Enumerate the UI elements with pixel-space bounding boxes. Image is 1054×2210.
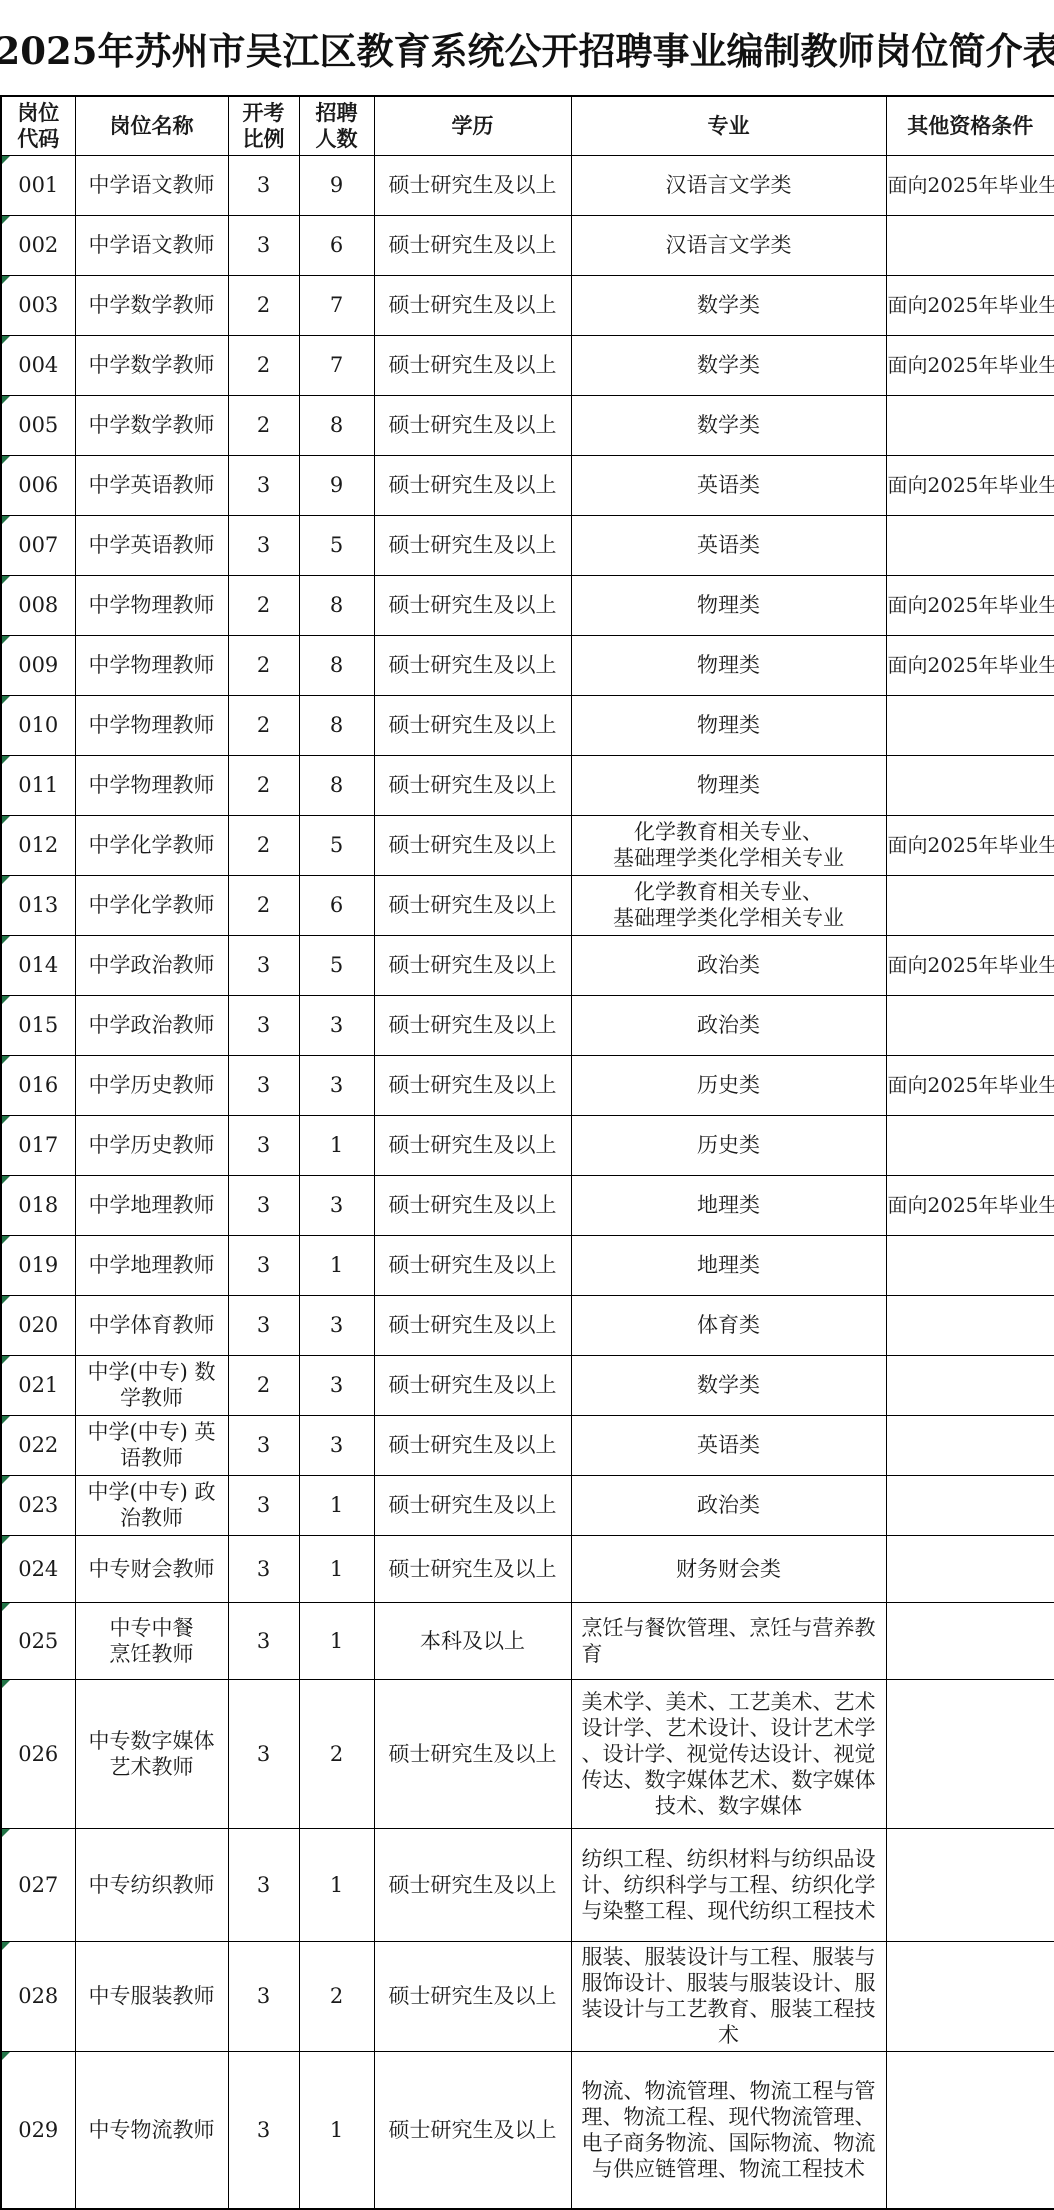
cell-corner-flag-icon xyxy=(2,456,10,464)
cell-corner-flag-icon xyxy=(2,1296,10,1304)
cell-code-text: 005 xyxy=(18,413,58,437)
cell-code: 003 xyxy=(1,275,75,335)
cell-code: 005 xyxy=(1,395,75,455)
cell-code: 002 xyxy=(1,215,75,275)
cell-ratio: 2 xyxy=(228,635,299,695)
cell-code-text: 012 xyxy=(18,833,58,857)
cell-name: 中学地理教师 xyxy=(75,1235,228,1295)
cell-count: 8 xyxy=(299,635,374,695)
cell-ratio: 3 xyxy=(228,995,299,1055)
cell-ratio: 3 xyxy=(228,1175,299,1235)
cell-count: 7 xyxy=(299,275,374,335)
cell-other: 面向2025年毕业生 xyxy=(886,815,1054,875)
cell-other xyxy=(886,1355,1054,1415)
cell-corner-flag-icon xyxy=(2,1056,10,1064)
cell-code: 019 xyxy=(1,1235,75,1295)
cell-major: 物流、物流管理、物流工程与管理、物流工程、现代物流管理、电子商务物流、国际物流、… xyxy=(571,2051,886,2209)
cell-corner-flag-icon xyxy=(2,996,10,1004)
cell-degree: 硕士研究生及以上 xyxy=(374,995,571,1055)
job-table: 岗位代码岗位名称开考比例招聘人数学历专业其他资格条件 001中学语文教师39硕士… xyxy=(0,95,1054,2210)
cell-major: 财务财会类 xyxy=(571,1535,886,1602)
cell-code-text: 006 xyxy=(18,473,58,497)
column-header-count: 招聘人数 xyxy=(299,96,374,155)
cell-code-text: 023 xyxy=(18,1493,58,1517)
cell-corner-flag-icon xyxy=(2,1942,10,1950)
cell-major: 政治类 xyxy=(571,995,886,1055)
cell-degree: 本科及以上 xyxy=(374,1602,571,1679)
cell-ratio: 3 xyxy=(228,515,299,575)
cell-count: 1 xyxy=(299,2051,374,2209)
cell-code: 004 xyxy=(1,335,75,395)
cell-ratio: 2 xyxy=(228,395,299,455)
cell-degree: 硕士研究生及以上 xyxy=(374,1295,571,1355)
cell-major: 汉语言文学类 xyxy=(571,155,886,215)
cell-code-text: 029 xyxy=(18,2118,58,2142)
cell-count: 2 xyxy=(299,1941,374,2051)
table-row: 022中学(中专) 英语教师33硕士研究生及以上英语类 xyxy=(1,1415,1054,1475)
cell-name: 中学地理教师 xyxy=(75,1175,228,1235)
cell-code-text: 021 xyxy=(18,1373,58,1397)
cell-name: 中学物理教师 xyxy=(75,575,228,635)
cell-major: 历史类 xyxy=(571,1055,886,1115)
cell-major: 英语类 xyxy=(571,455,886,515)
cell-code-text: 001 xyxy=(18,173,58,197)
cell-name: 中专数字媒体 艺术教师 xyxy=(75,1679,228,1828)
table-row: 014中学政治教师35硕士研究生及以上政治类面向2025年毕业生 xyxy=(1,935,1054,995)
table-row: 021中学(中专) 数学教师23硕士研究生及以上数学类 xyxy=(1,1355,1054,1415)
cell-count: 9 xyxy=(299,455,374,515)
cell-count: 6 xyxy=(299,875,374,935)
cell-other: 面向2025年毕业生 xyxy=(886,275,1054,335)
cell-ratio: 2 xyxy=(228,575,299,635)
cell-major: 烹饪与餐饮管理、烹饪与营养教育 xyxy=(571,1602,886,1679)
cell-corner-flag-icon xyxy=(2,1176,10,1184)
cell-other xyxy=(886,395,1054,455)
cell-code: 014 xyxy=(1,935,75,995)
cell-name: 中学数学教师 xyxy=(75,335,228,395)
cell-code: 027 xyxy=(1,1828,75,1941)
cell-count: 3 xyxy=(299,1355,374,1415)
cell-code: 013 xyxy=(1,875,75,935)
cell-code: 026 xyxy=(1,1679,75,1828)
cell-degree: 硕士研究生及以上 xyxy=(374,1235,571,1295)
cell-code-text: 026 xyxy=(18,1742,58,1766)
table-row: 010中学物理教师28硕士研究生及以上物理类 xyxy=(1,695,1054,755)
table-row: 012中学化学教师25硕士研究生及以上化学教育相关专业、 基础理学类化学相关专业… xyxy=(1,815,1054,875)
cell-name: 中学物理教师 xyxy=(75,635,228,695)
cell-degree: 硕士研究生及以上 xyxy=(374,275,571,335)
cell-ratio: 3 xyxy=(228,1602,299,1679)
cell-count: 8 xyxy=(299,395,374,455)
cell-other xyxy=(886,1295,1054,1355)
cell-degree: 硕士研究生及以上 xyxy=(374,635,571,695)
cell-degree: 硕士研究生及以上 xyxy=(374,695,571,755)
table-row: 017中学历史教师31硕士研究生及以上历史类 xyxy=(1,1115,1054,1175)
cell-corner-flag-icon xyxy=(2,816,10,824)
column-header-name: 岗位名称 xyxy=(75,96,228,155)
cell-count: 5 xyxy=(299,515,374,575)
cell-degree: 硕士研究生及以上 xyxy=(374,1941,571,2051)
cell-ratio: 3 xyxy=(228,1535,299,1602)
cell-code-text: 015 xyxy=(18,1013,58,1037)
cell-major: 美术学、美术、工艺美术、艺术设计学、艺术设计、设计艺术学、设计学、视觉传达设计、… xyxy=(571,1679,886,1828)
cell-degree: 硕士研究生及以上 xyxy=(374,215,571,275)
cell-major: 服装、服装设计与工程、服装与服饰设计、服装与服装设计、服装设计与工艺教育、服装工… xyxy=(571,1941,886,2051)
cell-ratio: 3 xyxy=(228,455,299,515)
cell-degree: 硕士研究生及以上 xyxy=(374,935,571,995)
cell-corner-flag-icon xyxy=(2,276,10,284)
cell-corner-flag-icon xyxy=(2,1116,10,1124)
cell-ratio: 2 xyxy=(228,755,299,815)
cell-major: 物理类 xyxy=(571,755,886,815)
cell-degree: 硕士研究生及以上 xyxy=(374,2051,571,2209)
table-row: 023中学(中专) 政治教师31硕士研究生及以上政治类 xyxy=(1,1475,1054,1535)
cell-name: 中学(中专) 数学教师 xyxy=(75,1355,228,1415)
cell-other xyxy=(886,2051,1054,2209)
cell-ratio: 3 xyxy=(228,1295,299,1355)
table-head-row: 岗位代码岗位名称开考比例招聘人数学历专业其他资格条件 xyxy=(1,96,1054,155)
cell-code-text: 007 xyxy=(18,533,58,557)
cell-corner-flag-icon xyxy=(2,516,10,524)
cell-corner-flag-icon xyxy=(2,1680,10,1688)
cell-other: 面向2025年毕业生 xyxy=(886,935,1054,995)
cell-name: 中学数学教师 xyxy=(75,395,228,455)
cell-code: 020 xyxy=(1,1295,75,1355)
cell-name: 中学体育教师 xyxy=(75,1295,228,1355)
cell-corner-flag-icon xyxy=(2,696,10,704)
table-row: 011中学物理教师28硕士研究生及以上物理类 xyxy=(1,755,1054,815)
cell-corner-flag-icon xyxy=(2,216,10,224)
cell-name: 中学(中专) 英语教师 xyxy=(75,1415,228,1475)
cell-degree: 硕士研究生及以上 xyxy=(374,815,571,875)
table-row: 025中专中餐 烹饪教师31本科及以上烹饪与餐饮管理、烹饪与营养教育 xyxy=(1,1602,1054,1679)
cell-name: 中学数学教师 xyxy=(75,275,228,335)
cell-code-text: 002 xyxy=(18,233,58,257)
cell-other xyxy=(886,1602,1054,1679)
table-row: 027中专纺织教师31硕士研究生及以上纺织工程、纺织材料与纺织品设计、纺织科学与… xyxy=(1,1828,1054,1941)
cell-corner-flag-icon xyxy=(2,1236,10,1244)
cell-ratio: 3 xyxy=(228,2051,299,2209)
cell-major: 化学教育相关专业、 基础理学类化学相关专业 xyxy=(571,875,886,935)
cell-degree: 硕士研究生及以上 xyxy=(374,1475,571,1535)
cell-other: 面向2025年毕业生 xyxy=(886,1055,1054,1115)
cell-ratio: 3 xyxy=(228,1679,299,1828)
table-row: 013中学化学教师26硕士研究生及以上化学教育相关专业、 基础理学类化学相关专业 xyxy=(1,875,1054,935)
cell-count: 8 xyxy=(299,575,374,635)
cell-code: 007 xyxy=(1,515,75,575)
cell-code-text: 004 xyxy=(18,353,58,377)
cell-ratio: 2 xyxy=(228,275,299,335)
cell-count: 1 xyxy=(299,1115,374,1175)
page: 2025年苏州市吴江区教育系统公开招聘事业编制教师岗位简介表 岗位代码岗位名称开… xyxy=(0,0,1054,2210)
cell-code-text: 025 xyxy=(18,1629,58,1653)
cell-degree: 硕士研究生及以上 xyxy=(374,875,571,935)
cell-major: 汉语言文学类 xyxy=(571,215,886,275)
cell-code-text: 027 xyxy=(18,1873,58,1897)
cell-corner-flag-icon xyxy=(2,1416,10,1424)
cell-code-text: 014 xyxy=(18,953,58,977)
table-row: 008中学物理教师28硕士研究生及以上物理类面向2025年毕业生 xyxy=(1,575,1054,635)
table-row: 020中学体育教师33硕士研究生及以上体育类 xyxy=(1,1295,1054,1355)
cell-corner-flag-icon xyxy=(2,156,10,164)
cell-major: 英语类 xyxy=(571,1415,886,1475)
cell-code: 001 xyxy=(1,155,75,215)
cell-major: 英语类 xyxy=(571,515,886,575)
table-row: 006中学英语教师39硕士研究生及以上英语类面向2025年毕业生 xyxy=(1,455,1054,515)
cell-other xyxy=(886,215,1054,275)
cell-code: 016 xyxy=(1,1055,75,1115)
cell-code: 024 xyxy=(1,1535,75,1602)
cell-corner-flag-icon xyxy=(2,2052,10,2060)
cell-ratio: 2 xyxy=(228,875,299,935)
cell-corner-flag-icon xyxy=(2,1603,10,1611)
cell-name: 中学语文教师 xyxy=(75,155,228,215)
table-row: 028中专服装教师32硕士研究生及以上服装、服装设计与工程、服装与服饰设计、服装… xyxy=(1,1941,1054,2051)
cell-ratio: 2 xyxy=(228,815,299,875)
table-row: 016中学历史教师33硕士研究生及以上历史类面向2025年毕业生 xyxy=(1,1055,1054,1115)
cell-major: 数学类 xyxy=(571,335,886,395)
cell-other xyxy=(886,1475,1054,1535)
cell-degree: 硕士研究生及以上 xyxy=(374,1175,571,1235)
cell-name: 中学历史教师 xyxy=(75,1115,228,1175)
cell-other: 面向2025年毕业生 xyxy=(886,155,1054,215)
cell-major: 数学类 xyxy=(571,1355,886,1415)
cell-name: 中专财会教师 xyxy=(75,1535,228,1602)
cell-other xyxy=(886,755,1054,815)
cell-count: 8 xyxy=(299,755,374,815)
cell-degree: 硕士研究生及以上 xyxy=(374,515,571,575)
cell-count: 3 xyxy=(299,1415,374,1475)
cell-ratio: 3 xyxy=(228,1415,299,1475)
cell-corner-flag-icon xyxy=(2,1356,10,1364)
cell-name: 中学化学教师 xyxy=(75,815,228,875)
cell-code: 010 xyxy=(1,695,75,755)
cell-name: 中学物理教师 xyxy=(75,755,228,815)
column-header-degree: 学历 xyxy=(374,96,571,155)
cell-ratio: 3 xyxy=(228,155,299,215)
cell-other: 面向2025年毕业生 xyxy=(886,1175,1054,1235)
cell-code-text: 016 xyxy=(18,1073,58,1097)
cell-other: 面向2025年毕业生 xyxy=(886,455,1054,515)
cell-other xyxy=(886,1828,1054,1941)
cell-name: 中专中餐 烹饪教师 xyxy=(75,1602,228,1679)
cell-code-text: 003 xyxy=(18,293,58,317)
cell-code: 015 xyxy=(1,995,75,1055)
cell-corner-flag-icon xyxy=(2,1536,10,1544)
cell-other xyxy=(886,1679,1054,1828)
cell-name: 中专物流教师 xyxy=(75,2051,228,2209)
cell-ratio: 2 xyxy=(228,695,299,755)
cell-count: 1 xyxy=(299,1828,374,1941)
cell-count: 5 xyxy=(299,935,374,995)
cell-code-text: 018 xyxy=(18,1193,58,1217)
cell-name: 中学语文教师 xyxy=(75,215,228,275)
cell-count: 7 xyxy=(299,335,374,395)
cell-degree: 硕士研究生及以上 xyxy=(374,395,571,455)
cell-other xyxy=(886,695,1054,755)
cell-code: 017 xyxy=(1,1115,75,1175)
table-body: 001中学语文教师39硕士研究生及以上汉语言文学类面向2025年毕业生002中学… xyxy=(1,155,1054,2209)
table-row: 005中学数学教师28硕士研究生及以上数学类 xyxy=(1,395,1054,455)
cell-code: 018 xyxy=(1,1175,75,1235)
cell-code: 023 xyxy=(1,1475,75,1535)
cell-ratio: 2 xyxy=(228,335,299,395)
cell-count: 5 xyxy=(299,815,374,875)
cell-major: 物理类 xyxy=(571,635,886,695)
column-header-other: 其他资格条件 xyxy=(886,96,1054,155)
table-row: 004中学数学教师27硕士研究生及以上数学类面向2025年毕业生 xyxy=(1,335,1054,395)
cell-count: 1 xyxy=(299,1475,374,1535)
cell-code: 008 xyxy=(1,575,75,635)
cell-code-text: 024 xyxy=(18,1557,58,1581)
cell-ratio: 3 xyxy=(228,1115,299,1175)
cell-code: 012 xyxy=(1,815,75,875)
cell-ratio: 2 xyxy=(228,1355,299,1415)
cell-name: 中学物理教师 xyxy=(75,695,228,755)
cell-ratio: 3 xyxy=(228,215,299,275)
cell-code-text: 020 xyxy=(18,1313,58,1337)
table-row: 009中学物理教师28硕士研究生及以上物理类面向2025年毕业生 xyxy=(1,635,1054,695)
cell-ratio: 3 xyxy=(228,935,299,995)
cell-other: 面向2025年毕业生 xyxy=(886,635,1054,695)
cell-count: 3 xyxy=(299,1175,374,1235)
cell-name: 中专纺织教师 xyxy=(75,1828,228,1941)
cell-major: 历史类 xyxy=(571,1115,886,1175)
cell-corner-flag-icon xyxy=(2,876,10,884)
cell-count: 1 xyxy=(299,1535,374,1602)
cell-corner-flag-icon xyxy=(2,336,10,344)
cell-count: 1 xyxy=(299,1602,374,1679)
cell-major: 物理类 xyxy=(571,575,886,635)
cell-major: 数学类 xyxy=(571,395,886,455)
cell-name: 中学(中专) 政治教师 xyxy=(75,1475,228,1535)
table-row: 018中学地理教师33硕士研究生及以上地理类面向2025年毕业生 xyxy=(1,1175,1054,1235)
cell-name: 中专服装教师 xyxy=(75,1941,228,2051)
cell-code: 011 xyxy=(1,755,75,815)
cell-count: 3 xyxy=(299,995,374,1055)
cell-other xyxy=(886,995,1054,1055)
cell-degree: 硕士研究生及以上 xyxy=(374,1115,571,1175)
cell-name: 中学政治教师 xyxy=(75,935,228,995)
cell-code: 025 xyxy=(1,1602,75,1679)
cell-code: 029 xyxy=(1,2051,75,2209)
column-header-ratio: 开考比例 xyxy=(228,96,299,155)
cell-other xyxy=(886,1941,1054,2051)
table-row: 001中学语文教师39硕士研究生及以上汉语言文学类面向2025年毕业生 xyxy=(1,155,1054,215)
cell-other: 面向2025年毕业生 xyxy=(886,335,1054,395)
cell-other xyxy=(886,515,1054,575)
cell-code: 028 xyxy=(1,1941,75,2051)
cell-other xyxy=(886,875,1054,935)
cell-corner-flag-icon xyxy=(2,1476,10,1484)
cell-degree: 硕士研究生及以上 xyxy=(374,1055,571,1115)
cell-name: 中学历史教师 xyxy=(75,1055,228,1115)
table-row: 007中学英语教师35硕士研究生及以上英语类 xyxy=(1,515,1054,575)
cell-code-text: 008 xyxy=(18,593,58,617)
cell-degree: 硕士研究生及以上 xyxy=(374,575,571,635)
cell-corner-flag-icon xyxy=(2,576,10,584)
cell-other xyxy=(886,1235,1054,1295)
cell-ratio: 3 xyxy=(228,1475,299,1535)
cell-major: 纺织工程、纺织材料与纺织品设计、纺织科学与工程、纺织化学与染整工程、现代纺织工程… xyxy=(571,1828,886,1941)
cell-count: 1 xyxy=(299,1235,374,1295)
cell-major: 体育类 xyxy=(571,1295,886,1355)
column-header-major: 专业 xyxy=(571,96,886,155)
cell-count: 6 xyxy=(299,215,374,275)
cell-code-text: 011 xyxy=(18,773,58,797)
cell-code-text: 028 xyxy=(18,1984,58,2008)
cell-major: 数学类 xyxy=(571,275,886,335)
cell-count: 3 xyxy=(299,1055,374,1115)
cell-count: 2 xyxy=(299,1679,374,1828)
cell-corner-flag-icon xyxy=(2,756,10,764)
cell-count: 8 xyxy=(299,695,374,755)
cell-other xyxy=(886,1535,1054,1602)
table-row: 029中专物流教师31硕士研究生及以上物流、物流管理、物流工程与管理、物流工程、… xyxy=(1,2051,1054,2209)
page-title: 2025年苏州市吴江区教育系统公开招聘事业编制教师岗位简介表 xyxy=(0,0,1054,95)
table-row: 003中学数学教师27硕士研究生及以上数学类面向2025年毕业生 xyxy=(1,275,1054,335)
table-row: 026中专数字媒体 艺术教师32硕士研究生及以上美术学、美术、工艺美术、艺术设计… xyxy=(1,1679,1054,1828)
table-row: 024中专财会教师31硕士研究生及以上财务财会类 xyxy=(1,1535,1054,1602)
cell-code-text: 010 xyxy=(18,713,58,737)
cell-corner-flag-icon xyxy=(2,1829,10,1837)
cell-count: 9 xyxy=(299,155,374,215)
cell-other xyxy=(886,1115,1054,1175)
table-row: 015中学政治教师33硕士研究生及以上政治类 xyxy=(1,995,1054,1055)
cell-code: 021 xyxy=(1,1355,75,1415)
cell-major: 地理类 xyxy=(571,1175,886,1235)
table-row: 019中学地理教师31硕士研究生及以上地理类 xyxy=(1,1235,1054,1295)
cell-name: 中学英语教师 xyxy=(75,515,228,575)
cell-name: 中学英语教师 xyxy=(75,455,228,515)
cell-ratio: 3 xyxy=(228,1235,299,1295)
cell-degree: 硕士研究生及以上 xyxy=(374,755,571,815)
cell-corner-flag-icon xyxy=(2,936,10,944)
cell-code: 009 xyxy=(1,635,75,695)
cell-code-text: 022 xyxy=(18,1433,58,1457)
cell-degree: 硕士研究生及以上 xyxy=(374,1535,571,1602)
cell-degree: 硕士研究生及以上 xyxy=(374,1415,571,1475)
cell-code: 006 xyxy=(1,455,75,515)
table-row: 002中学语文教师36硕士研究生及以上汉语言文学类 xyxy=(1,215,1054,275)
cell-major: 地理类 xyxy=(571,1235,886,1295)
cell-ratio: 3 xyxy=(228,1828,299,1941)
cell-major: 政治类 xyxy=(571,935,886,995)
cell-count: 3 xyxy=(299,1295,374,1355)
cell-major: 物理类 xyxy=(571,695,886,755)
cell-other xyxy=(886,1415,1054,1475)
cell-code-text: 017 xyxy=(18,1133,58,1157)
cell-code-text: 009 xyxy=(18,653,58,677)
cell-major: 政治类 xyxy=(571,1475,886,1535)
cell-degree: 硕士研究生及以上 xyxy=(374,1679,571,1828)
cell-ratio: 3 xyxy=(228,1941,299,2051)
cell-name: 中学政治教师 xyxy=(75,995,228,1055)
cell-degree: 硕士研究生及以上 xyxy=(374,455,571,515)
cell-degree: 硕士研究生及以上 xyxy=(374,335,571,395)
cell-other: 面向2025年毕业生 xyxy=(886,575,1054,635)
cell-code-text: 019 xyxy=(18,1253,58,1277)
cell-corner-flag-icon xyxy=(2,396,10,404)
cell-degree: 硕士研究生及以上 xyxy=(374,155,571,215)
cell-major: 化学教育相关专业、 基础理学类化学相关专业 xyxy=(571,815,886,875)
cell-ratio: 3 xyxy=(228,1055,299,1115)
cell-name: 中学化学教师 xyxy=(75,875,228,935)
cell-degree: 硕士研究生及以上 xyxy=(374,1355,571,1415)
column-header-code: 岗位代码 xyxy=(1,96,75,155)
cell-degree: 硕士研究生及以上 xyxy=(374,1828,571,1941)
cell-code: 022 xyxy=(1,1415,75,1475)
